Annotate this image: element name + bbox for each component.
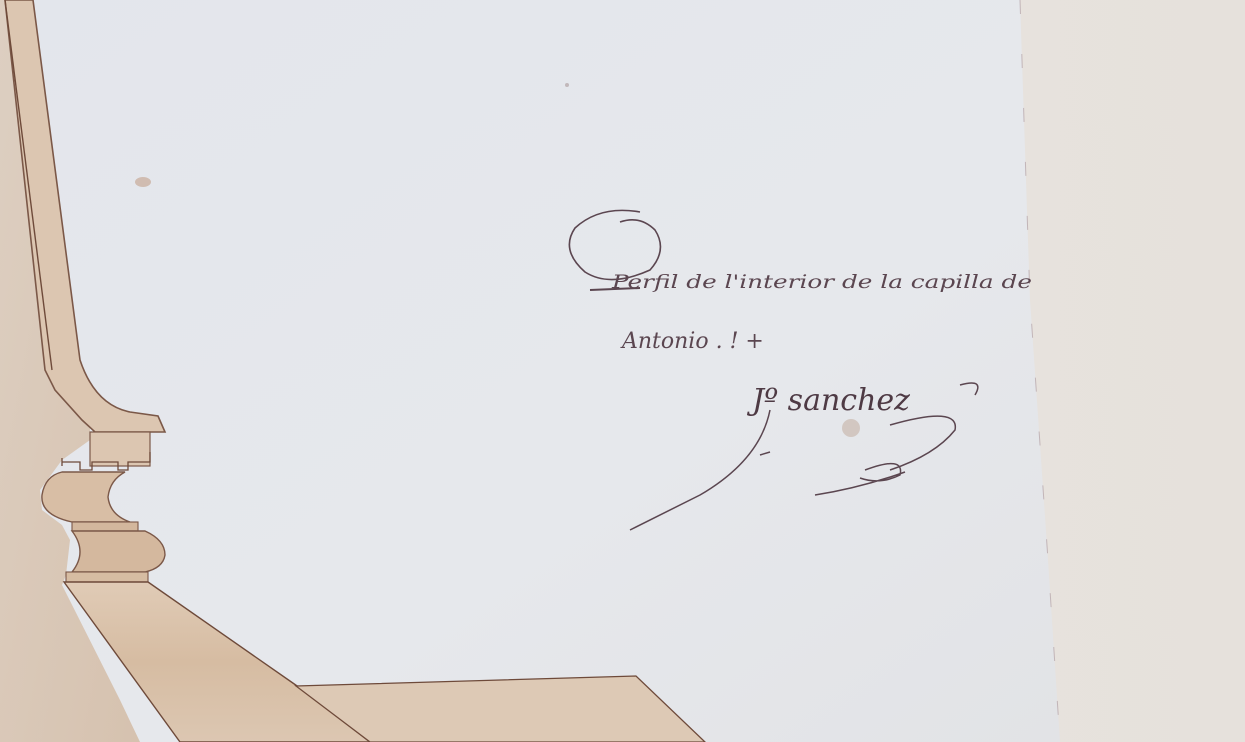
stain-spot bbox=[842, 419, 860, 437]
document-photo: Perfil de l'interior de la capilla de An… bbox=[0, 0, 1245, 742]
torus-moulding bbox=[72, 531, 165, 572]
base-step bbox=[296, 676, 705, 742]
stain-spot bbox=[135, 177, 151, 187]
plinth bbox=[66, 572, 148, 582]
drawing-sheet bbox=[0, 0, 1245, 742]
fillet bbox=[72, 522, 138, 531]
cornice-block bbox=[90, 432, 150, 466]
stain-spot bbox=[565, 83, 569, 87]
